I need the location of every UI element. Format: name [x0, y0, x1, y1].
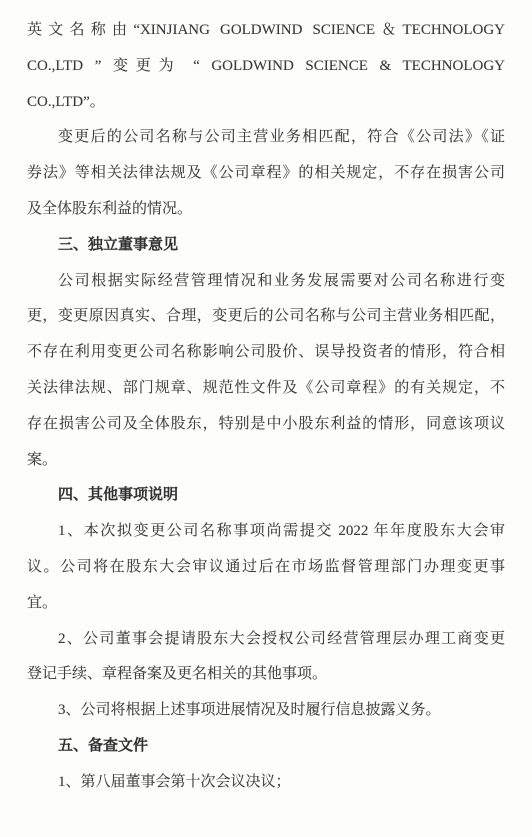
text-line: 议。公司将在股东大会审议通过后在市场监督管理部门办理变更事 [27, 550, 505, 586]
section-heading-reference-documents: 五、备查文件 [27, 729, 505, 765]
text-line: 英文名称由“XINJIANG GOLDWIND SCIENCE＆TECHNOLO… [27, 13, 505, 49]
text-line: 1、第八届董事会第十次会议决议； [27, 765, 505, 801]
text-line: 不存在利用变更公司名称影响公司股价、误导投资者的情形，符合相 [27, 335, 505, 371]
text-line: CO.,LTD ” 变更为 “ GOLDWIND SCIENCE & TECHN… [27, 49, 505, 85]
text-line: 宜。 [27, 586, 505, 622]
text-line: 3、公司将根据上述事项进展情况及时履行信息披露义务。 [27, 693, 505, 729]
section-heading-independent-directors: 三、独立董事意见 [27, 228, 505, 264]
section-heading-other-matters: 四、其他事项说明 [27, 478, 505, 514]
text-line: 更，变更原因真实、合理，变更后的公司名称与公司主营业务相匹配， [27, 299, 505, 335]
text-line: 及全体股东利益的情况。 [27, 192, 505, 228]
text-line: 变更后的公司名称与公司主营业务相匹配，符合《公司法》《证 [27, 120, 505, 156]
text-line: 关法律法规、部门规章、规范性文件及《公司章程》的有关规定，不 [27, 371, 505, 407]
text-line: 券法》等相关法律法规及《公司章程》的相关规定，不存在损害公司 [27, 156, 505, 192]
text-line: 存在损害公司及全体股东，特别是中小股东利益的情形，同意该项议 [27, 407, 505, 443]
text-line: 案。 [27, 443, 505, 479]
text-line: CO.,LTD”。 [27, 85, 505, 121]
text-line: 1、本次拟变更公司名称事项尚需提交 2022 年年度股东大会审 [27, 514, 505, 550]
text-line: 登记手续、章程备案及更名相关的其他事项。 [27, 657, 505, 693]
text-line: 公司根据实际经营管理情况和业务发展需要对公司名称进行变 [27, 264, 505, 300]
text-line: 2、公司董事会提请股东大会授权公司经营管理层办理工商变更 [27, 622, 505, 658]
document-page: 英文名称由“XINJIANG GOLDWIND SCIENCE＆TECHNOLO… [0, 0, 532, 837]
